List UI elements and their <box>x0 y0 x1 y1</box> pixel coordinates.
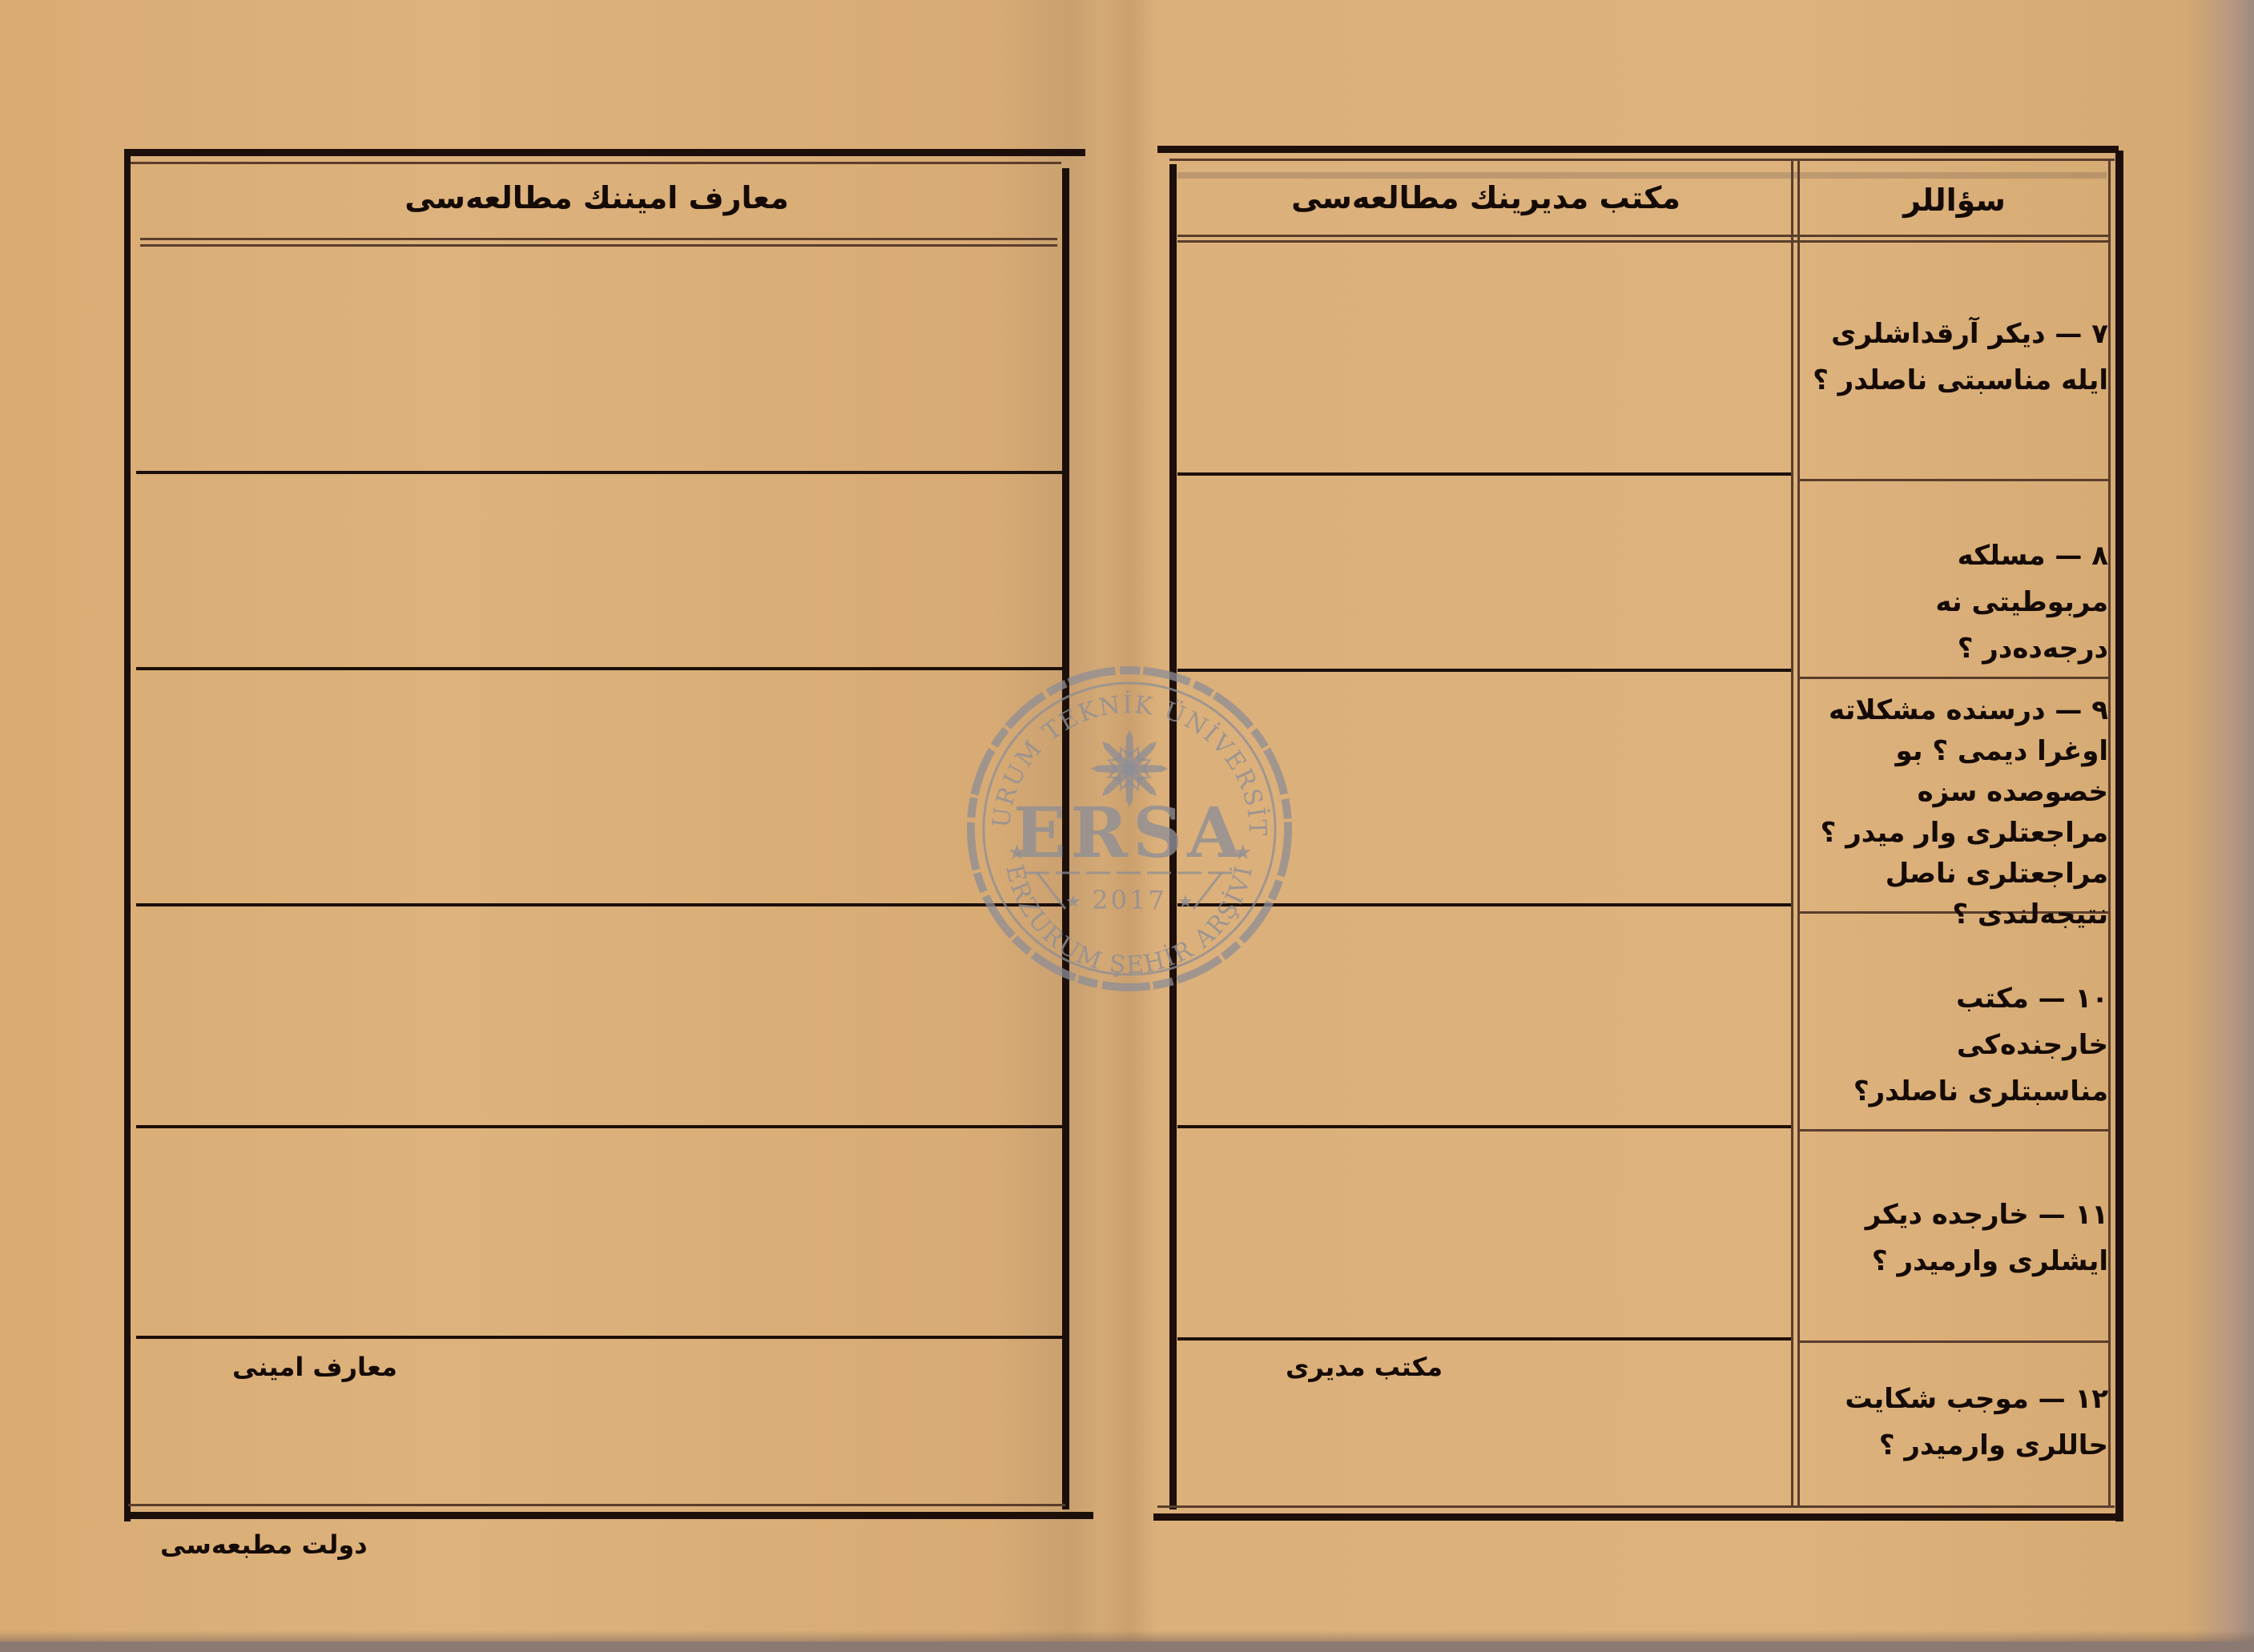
question-10: ١٠ — مكتب خارجنده‌كی مناسبتلری ناصلدر؟ <box>1812 975 2108 1115</box>
director-row-divider <box>1177 472 1791 476</box>
right-header-divider-2 <box>1177 240 2111 243</box>
education-officer-signature-field[interactable] <box>136 1393 1057 1497</box>
director-answer-field-9[interactable] <box>1179 674 1789 901</box>
left-frame-right <box>1062 168 1069 1509</box>
questions-column-header: سؤاللر <box>1802 183 2107 218</box>
question-row-divider <box>1800 677 2108 679</box>
right-frame-top-inner <box>1169 159 2115 161</box>
left-answer-field-1[interactable] <box>136 248 1057 468</box>
director-review-column-header: مكتب مدیرینك مطالعه‌سی <box>1181 180 1790 215</box>
director-row-divider <box>1177 903 1791 906</box>
left-frame-top-inner <box>128 162 1061 164</box>
question-9: ٩ — درسنده مشكلاته اوغرا دیمی ؟ بو خصوصد… <box>1812 690 2108 935</box>
left-row-divider <box>136 1125 1062 1128</box>
left-answer-field-5[interactable] <box>136 1131 1057 1333</box>
right-frame-right <box>2115 151 2123 1521</box>
question-row-divider <box>1800 1129 2108 1131</box>
left-row-divider <box>136 471 1062 474</box>
left-row-divider <box>136 667 1062 670</box>
left-answer-field-3[interactable] <box>136 673 1057 901</box>
right-frame-left <box>1169 164 1177 1509</box>
education-officer-signature-label: معارف امینی <box>232 1352 397 1382</box>
director-answer-field-8[interactable] <box>1179 478 1789 666</box>
right-column-separator-1 <box>1791 160 1793 1505</box>
school-director-signature-label: مكتب مدیری <box>1286 1352 1443 1382</box>
document-spread: معارف امیننك مطالعه‌سی معارف امینی دولت … <box>0 0 2254 1642</box>
director-row-divider <box>1177 1337 1791 1340</box>
left-row-divider <box>136 1336 1062 1339</box>
question-12: ١٢ — موجب شكایت حاللری وارمیدر ؟ <box>1812 1376 2108 1469</box>
right-header-divider-1 <box>1177 235 2111 237</box>
question-8: ٨ — مسلكه مربوطیتی نه درجه‌ده‌در ؟ <box>1812 533 2108 672</box>
director-row-divider <box>1177 1125 1791 1128</box>
question-11: ١١ — خارجده دیكر ایشلری وارمیدر ؟ <box>1812 1192 2108 1284</box>
left-frame-top <box>124 149 1085 156</box>
printer-imprint: دولت مطبعه‌سی <box>160 1529 368 1560</box>
left-frame-left <box>124 156 131 1521</box>
director-answer-field-11[interactable] <box>1179 1131 1789 1335</box>
bleed-through-line <box>1177 172 2107 179</box>
right-frame-top <box>1157 146 2119 153</box>
left-header-divider-1 <box>140 238 1057 240</box>
left-row-divider <box>136 903 1062 906</box>
director-answer-field-10[interactable] <box>1179 909 1789 1123</box>
question-row-divider <box>1800 1340 2108 1343</box>
left-answer-field-2[interactable] <box>136 476 1057 665</box>
book-gutter <box>1101 0 1157 1642</box>
director-answer-field-12[interactable] <box>1179 1393 1789 1501</box>
right-frame-bottom-inner <box>1157 1505 2115 1508</box>
left-answer-field-4[interactable] <box>136 909 1057 1123</box>
left-frame-bottom <box>124 1512 1093 1519</box>
right-frame-right-inner <box>2108 160 2111 1505</box>
question-7: ٧ — دیكر آرقداشلری ایله مناسبتی ناصلدر ؟ <box>1812 311 2108 404</box>
director-answer-field-7[interactable] <box>1179 244 1789 470</box>
left-header-divider-2 <box>140 244 1057 247</box>
question-row-divider <box>1800 479 2108 481</box>
left-frame-bottom-inner <box>128 1504 1065 1506</box>
right-column-separator-2 <box>1797 160 1800 1505</box>
left-column-header: معارف امیننك مطالعه‌سی <box>136 180 1057 215</box>
right-frame-bottom <box>1153 1513 2123 1521</box>
director-row-divider <box>1177 669 1791 672</box>
